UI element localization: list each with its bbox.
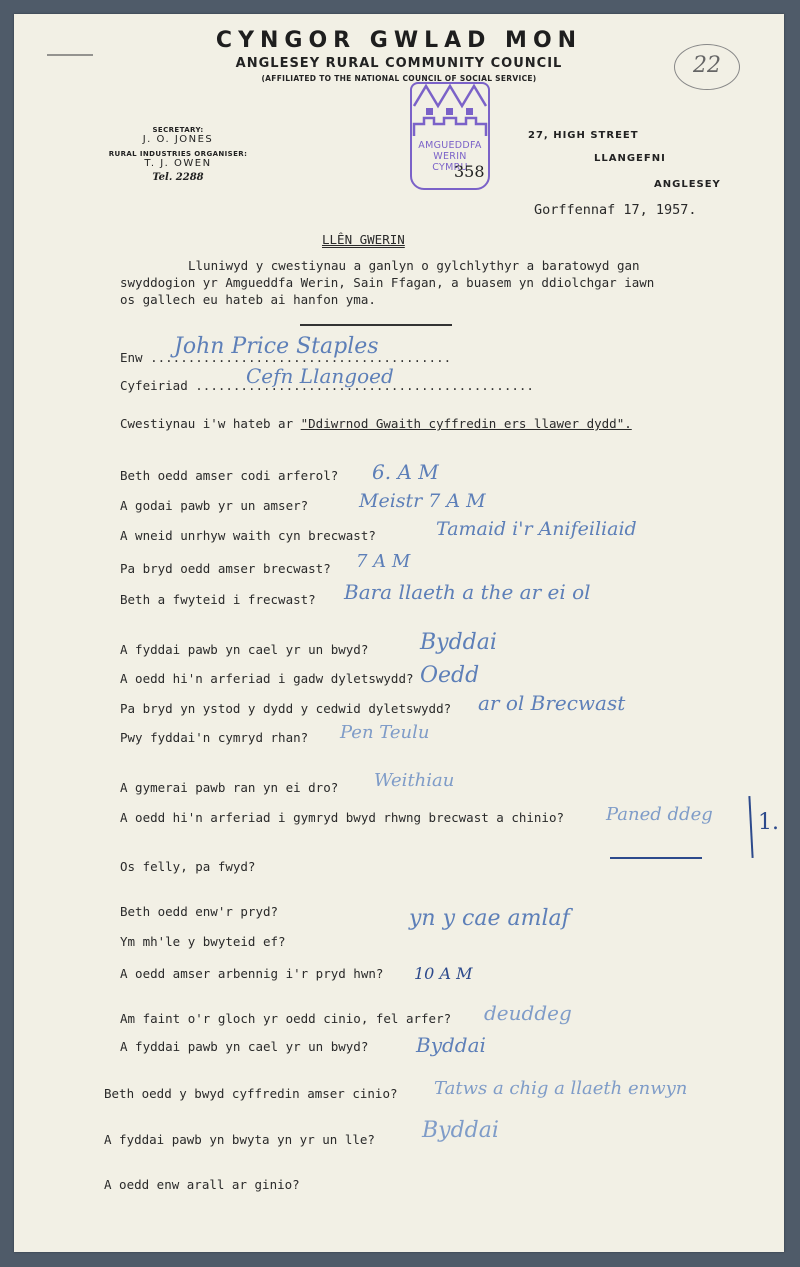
address-label: Cyfeiriad bbox=[120, 378, 188, 393]
circled-page-number: 22 bbox=[674, 44, 740, 90]
question-text: Beth oedd enw'r pryd? bbox=[120, 904, 278, 919]
name-value: John Price Staples bbox=[174, 334, 379, 359]
question-text: A oedd enw arall ar ginio? bbox=[104, 1177, 300, 1192]
question-text: Beth oedd amser codi arferol? bbox=[120, 468, 338, 483]
handwritten-answer: Meistr 7 A M bbox=[359, 490, 486, 512]
question-text: Beth oedd y bwyd cyffredin amser cinio? bbox=[104, 1086, 398, 1101]
intro-line-3: os gallech eu hateb ai hanfon yma. bbox=[120, 292, 376, 307]
address-line-1: 27, HIGH STREET bbox=[528, 130, 639, 141]
staple-mark bbox=[47, 54, 93, 56]
telephone: Tel. 2288 bbox=[78, 172, 278, 183]
question-text: A godai pawb yr un amser? bbox=[120, 498, 308, 513]
handwritten-answer: Weithiau bbox=[374, 770, 454, 791]
question-text: A fyddai pawb yn cael yr un bwyd? bbox=[120, 642, 368, 657]
handwritten-answer: Byddai bbox=[416, 1033, 486, 1057]
handwritten-answer: Oedd bbox=[420, 663, 479, 688]
margin-underline bbox=[610, 857, 702, 859]
handwritten-answer: 6. A M bbox=[372, 460, 439, 484]
handwritten-answer: Tatws a chig a llaeth enwyn bbox=[434, 1078, 687, 1099]
organiser-role: RURAL INDUSTRIES ORGANISER: bbox=[78, 150, 278, 158]
handwritten-answer: Pen Teulu bbox=[340, 722, 429, 743]
page-number: 22 bbox=[675, 53, 739, 78]
name-label: Enw bbox=[120, 350, 143, 365]
margin-bracket bbox=[748, 796, 753, 858]
question-text: A wneid unrhyw waith cyn brecwast? bbox=[120, 528, 376, 543]
handwritten-answer: deuddeg bbox=[484, 1001, 572, 1025]
address-line-2: LLANGEFNI bbox=[594, 153, 666, 164]
question-text: Ym mh'le y bwyteid ef? bbox=[120, 934, 286, 949]
castle-icon bbox=[412, 84, 488, 138]
stamp-line-2: WERIN bbox=[412, 151, 488, 162]
question-text: A oedd hi'n arferiad i gymryd bwyd rhwng… bbox=[120, 810, 564, 825]
handwritten-answer: Tamaid i'r Anifeiliaid bbox=[436, 518, 637, 540]
question-text: A oedd hi'n arferiad i gadw dyletswydd? bbox=[120, 671, 414, 686]
question-text: A gymerai pawb ran yn ei dro? bbox=[120, 780, 338, 795]
letterhead-affiliation: (AFFILIATED TO THE NATIONAL COUNCIL OF S… bbox=[14, 74, 784, 83]
handwritten-answer: ar ol Brecwast bbox=[478, 691, 625, 715]
handwritten-answer: Bara llaeth a the ar ei ol bbox=[344, 580, 591, 604]
secretary-name: J. O. JONES bbox=[78, 134, 278, 145]
question-text: Beth a fwyteid i frecwast? bbox=[120, 592, 316, 607]
secretary-role: SECRETARY: bbox=[78, 126, 278, 134]
topic-prefix: Cwestiynau i'w hateb ar bbox=[120, 416, 301, 431]
document-page: CYNGOR GWLAD MON ANGLESEY RURAL COMMUNIT… bbox=[14, 14, 784, 1252]
letter-date: Gorffennaf 17, 1957. bbox=[534, 202, 697, 218]
intro-line-2: swyddogion yr Amgueddfa Werin, Sain Ffag… bbox=[120, 275, 654, 290]
question-text: Pa bryd oedd amser brecwast? bbox=[120, 561, 331, 576]
handwritten-answer: yn y cae amlaf bbox=[409, 906, 570, 931]
question-text: A fyddai pawb yn bwyta yn yr un lle? bbox=[104, 1132, 375, 1147]
document-heading: LLÊN GWERIN bbox=[322, 232, 405, 247]
handwritten-answer: 7 A M bbox=[356, 551, 410, 572]
separator-line bbox=[300, 324, 452, 326]
letterhead-subtitle: ANGLESEY RURAL COMMUNITY COUNCIL bbox=[14, 56, 784, 71]
topic-title: "Ddiwrnod Gwaith cyffredin ers llawer dy… bbox=[301, 416, 632, 431]
question-text: A fyddai pawb yn cael yr un bwyd? bbox=[120, 1039, 368, 1054]
letterhead-title: CYNGOR GWLAD MON bbox=[14, 28, 784, 53]
handwritten-answer: Paned ddeg bbox=[606, 804, 713, 825]
address-line-3: ANGLESEY bbox=[654, 179, 721, 190]
stamp-line-1: AMGUEDDFA bbox=[412, 140, 488, 151]
handwritten-answer: 10 A M bbox=[414, 964, 472, 983]
handwritten-answer: Byddai bbox=[422, 1118, 499, 1143]
organiser-name: T. J. OWEN bbox=[78, 158, 278, 169]
handwritten-answer: Byddai bbox=[420, 630, 497, 655]
staff-block: SECRETARY: J. O. JONES RURAL INDUSTRIES … bbox=[78, 126, 278, 183]
question-text: A oedd amser arbennig i'r pryd hwn? bbox=[120, 966, 383, 981]
topic-line: Cwestiynau i'w hateb ar "Ddiwrnod Gwaith… bbox=[120, 416, 632, 431]
question-text: Os felly, pa fwyd? bbox=[120, 859, 255, 874]
address-value: Cefn Llangoed bbox=[246, 364, 394, 388]
stamp-number: 358 bbox=[454, 162, 485, 181]
intro-line-1: Lluniwyd y cwestiynau a ganlyn o gylchly… bbox=[188, 258, 640, 273]
question-text: Am faint o'r gloch yr oedd cinio, fel ar… bbox=[120, 1011, 451, 1026]
question-text: Pa bryd yn ystod y dydd y cedwid dyletsw… bbox=[120, 701, 451, 716]
margin-note: 1. bbox=[758, 810, 779, 835]
question-text: Pwy fyddai'n cymryd rhan? bbox=[120, 730, 308, 745]
